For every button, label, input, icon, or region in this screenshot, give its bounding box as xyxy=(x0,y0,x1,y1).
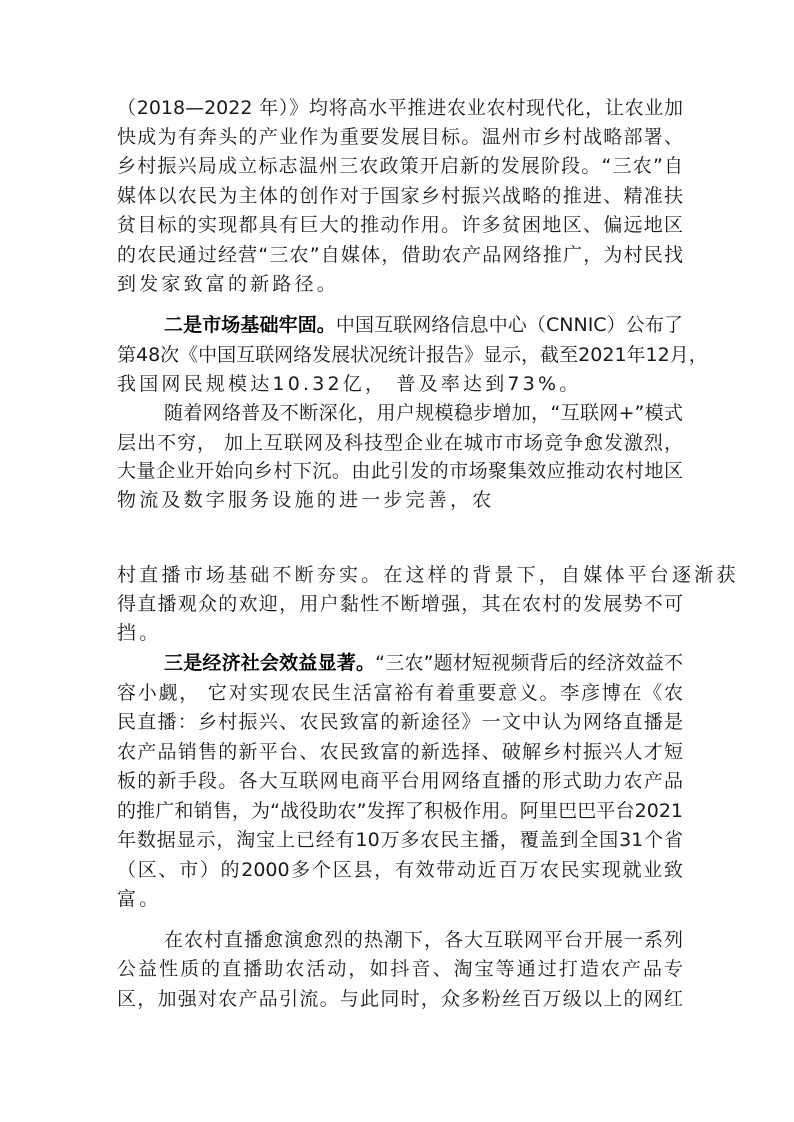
text-line: 快成为有奔头的产业作为重要发展目标。温州市乡村战略部署、 xyxy=(117,123,683,151)
text-line: 容小觑， 它对实现农民生活富裕有着重要意义。李彦博在《农 xyxy=(117,679,683,707)
text-line: 板的新手段。各大互联网电商平台用网络直播的形式助力农产品 xyxy=(117,767,683,795)
text-line: 公益性质的直播助农活动，如抖音、淘宝等通过打造农产品专 xyxy=(117,955,683,983)
text-line: 挡。 xyxy=(117,619,161,647)
text-line: 到发家致富的新路径。 xyxy=(117,270,339,298)
text-line: 得直播观众的欢迎，用户黏性不断增强，其在农村的发展势不可 xyxy=(117,590,683,618)
text-line: 区，加强对农产品引流。与此同时，众多粉丝百万级以上的网红 xyxy=(117,985,683,1013)
text-line: 的农民通过经营“三农”自媒体，借助农产品网络推广，为村民找 xyxy=(117,241,683,269)
section-heading-line: 三是经济社会效益显著。“三农”题材短视频背后的经济效益不 xyxy=(164,649,683,677)
section-heading-line: 二是市场基础牢固。中国互联网络信息中心（CNNIC）公布了 xyxy=(164,311,683,339)
text-line: 层出不穷， 加上互联网及科技型企业在城市市场竞争愈发激烈， xyxy=(117,429,683,457)
text-line: 在农村直播愈演愈烈的热潮下，各大互联网平台开展一系列 xyxy=(164,926,683,954)
text-line: 农产品销售的新平台、农民致富的新选择、破解乡村振兴人才短 xyxy=(117,738,683,766)
text-line: 富。 xyxy=(117,885,161,913)
text-line: 物流及数字服务设施的进一步完善，农 xyxy=(117,486,494,514)
text-line: 村直播市场基础不断夯实。在这样的背景下，自媒体平台逐渐获 xyxy=(117,561,739,589)
text-line: 的推广和销售，为“战役助农”发挥了积极作用。阿里巴巴平台2021 xyxy=(117,797,683,825)
text-line: 我国网民规模达10.32亿， 普及率达到73%。 xyxy=(117,370,581,398)
text-line: （区、市）的2000多个区县，有效带动近百万农民实现就业致 xyxy=(117,856,683,884)
text-line: （2018—2022 年）》均将高水平推进农业农村现代化，让农业加 xyxy=(117,94,683,122)
text-line: 民直播：乡村振兴、农民致富的新途径》一文中认为网络直播是 xyxy=(117,708,683,736)
text-span: 中国互联网络信息中心（CNNIC）公布了 xyxy=(336,314,683,336)
text-line: 第48次《中国互联网络发展状况统计报告》显示，截至2021年12月， xyxy=(117,341,683,369)
text-line: 乡村振兴局成立标志温州三农政策开启新的发展阶段。“三农”自 xyxy=(117,152,683,180)
text-line: 年数据显示，淘宝上已经有10万多农民主播，覆盖到全国31个省 xyxy=(117,826,683,854)
text-line: 随着网络普及不断深化，用户规模稳步增加，“互联网+”模式 xyxy=(164,399,683,427)
text-line: 贫目标的实现都具有巨大的推动作用。许多贫困地区、偏远地区 xyxy=(117,211,683,239)
section-heading: 二是市场基础牢固。 xyxy=(164,314,336,336)
section-heading: 三是经济社会效益显著。 xyxy=(164,652,375,674)
text-line: 媒体以农民为主体的创作对于国家乡村振兴战略的推进、精准扶 xyxy=(117,182,683,210)
text-span: “三农”题材短视频背后的经济效益不 xyxy=(375,652,683,674)
text-line: 大量企业开始向乡村下沉。由此引发的市场聚集效应推动农村地区 xyxy=(117,457,683,485)
